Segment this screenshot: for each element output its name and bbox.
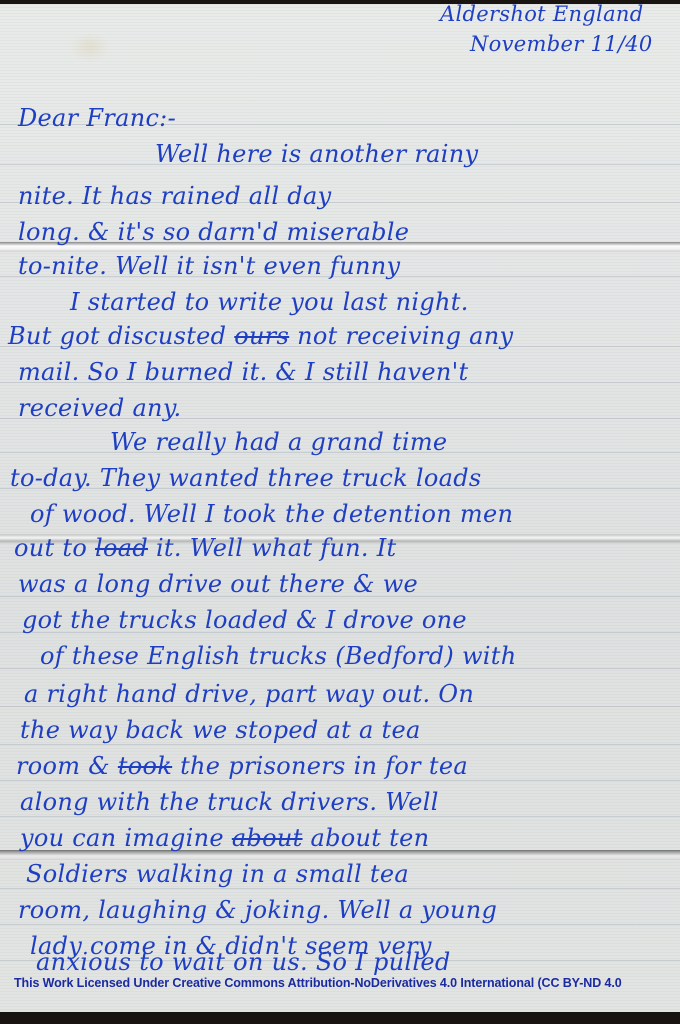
struck-word: took xyxy=(118,752,172,780)
line-text: the prisoners in for tea xyxy=(172,752,468,780)
struck-word: ours xyxy=(234,322,289,350)
letter-line: to-day. They wanted three truck loads xyxy=(10,464,482,492)
letter-line: Soldiers walking in a small tea xyxy=(26,860,409,888)
letter-line: along with the truck drivers. Well xyxy=(20,788,439,816)
ruled-line xyxy=(0,744,680,745)
letter-line: room, laughing & joking. Well a young xyxy=(18,896,497,924)
letter-line: room & took the prisoners in for tea xyxy=(16,752,468,780)
letter-page: Aldershot England November 11/40 Dear Fr… xyxy=(0,4,680,1012)
line-text: room & xyxy=(16,752,118,780)
license-notice: This Work Licensed Under Creative Common… xyxy=(14,976,622,990)
line-text: you can imagine xyxy=(20,824,232,852)
letter-line: was a long drive out there & we xyxy=(18,570,418,598)
line-text: out to xyxy=(14,534,95,562)
letter-line: you can imagine about about ten xyxy=(20,824,429,852)
letter-line: long. & it's so darn'd miserable xyxy=(18,218,409,246)
letter-line: the way back we stoped at a tea xyxy=(20,716,421,744)
line-text: it. Well what fun. It xyxy=(148,534,396,562)
letter-line: nite. It has rained all day xyxy=(18,182,331,210)
salutation: Dear Franc:- xyxy=(18,104,176,132)
ruled-line xyxy=(0,888,680,889)
letter-line: to-nite. Well it isn't even funny xyxy=(18,252,400,280)
line-text: not receiving any xyxy=(289,322,513,350)
letter-line: We really had a grand time xyxy=(110,428,447,456)
paper-stain xyxy=(70,32,110,62)
letter-line: a right hand drive, part way out. On xyxy=(24,680,474,708)
line-text: But got discusted xyxy=(8,322,234,350)
ruled-line xyxy=(0,924,680,925)
letter-line: of these English trucks (Bedford) with xyxy=(40,642,516,670)
letter-line: received any. xyxy=(18,394,181,422)
letter-line: But got discusted ours not receiving any xyxy=(8,322,513,350)
letter-line: out to load it. Well what fun. It xyxy=(14,534,396,562)
letter-line: anxious to wait on us. So I pulled xyxy=(36,948,451,976)
letter-line: Well here is another rainy xyxy=(155,140,478,168)
letter-line: mail. So I burned it. & I still haven't xyxy=(18,358,468,386)
struck-word: about xyxy=(232,824,303,852)
letter-line: I started to write you last night. xyxy=(70,288,469,316)
line-text: about ten xyxy=(303,824,430,852)
letter-line: of wood. Well I took the detention men xyxy=(30,500,513,528)
ruled-line xyxy=(0,780,680,781)
ruled-line xyxy=(0,816,680,817)
letter-line: got the trucks loaded & I drove one xyxy=(22,606,467,634)
struck-word: load xyxy=(95,534,148,562)
letter-date: November 11/40 xyxy=(470,32,653,56)
letter-place: Aldershot England xyxy=(440,4,643,26)
